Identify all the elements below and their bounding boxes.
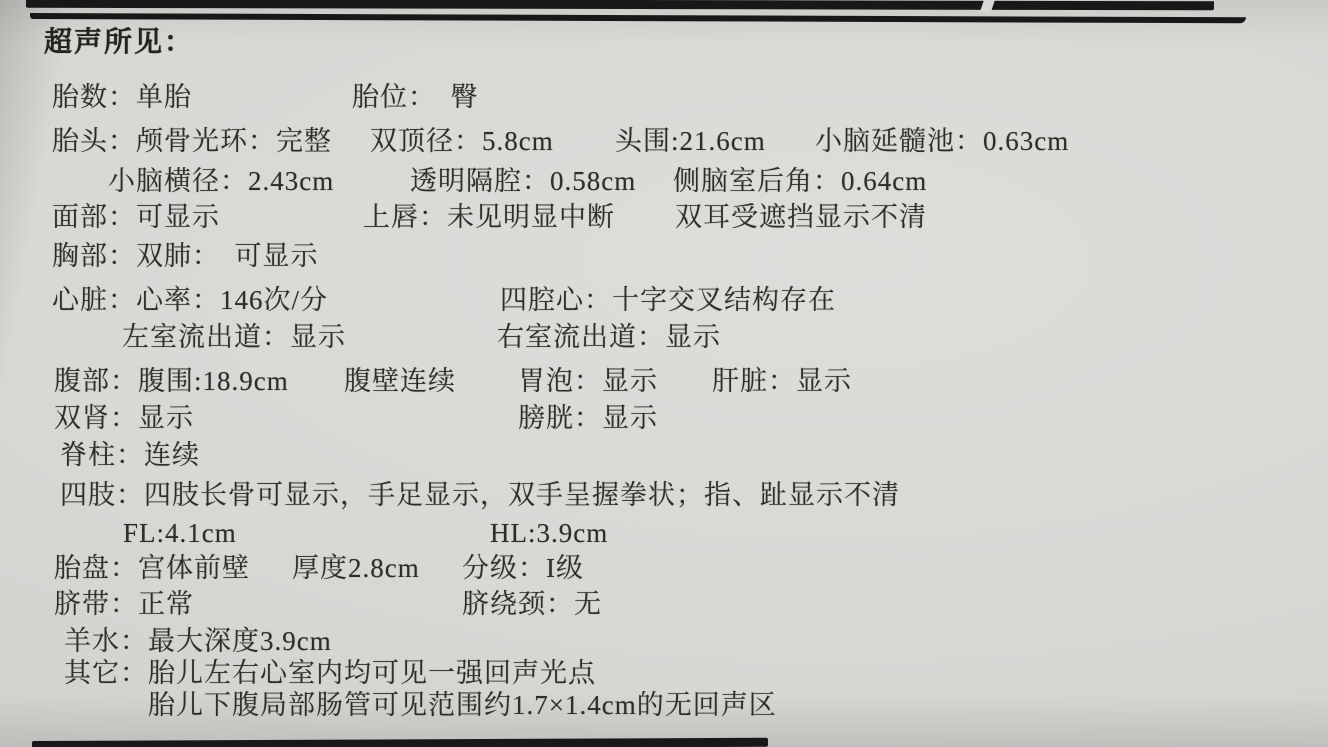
field-cavum-septi-pellucidi: 透明隔腔：0.58cm — [410, 166, 636, 196]
field-limbs: 四肢：四肢长骨可显示，手足显示，双手呈握拳状；指、趾显示不清 — [60, 480, 900, 510]
field-umbilical-cord: 脐带：正常 — [54, 589, 194, 619]
field-bpd: 双顶径：5.8cm — [370, 126, 554, 156]
field-fetal-head-skull-halo: 胎头：颅骨光环：完整 — [52, 126, 332, 156]
field-humerus-length: HL:3.9cm — [490, 518, 608, 548]
field-bladder: 膀胱：显示 — [518, 403, 658, 433]
ultrasound-report-photo: 超声所见： 胎数：单胎 胎位： 臀 胎头：颅骨光环：完整 双顶径：5.8cm 头… — [0, 0, 1328, 747]
field-placenta-grade: 分级：I级 — [462, 553, 584, 583]
field-fetal-position: 胎位： 臀 — [352, 82, 479, 112]
field-other-findings-2: 胎儿下腹局部肠管可见范围约1.7×1.4cm的无回声区 — [148, 690, 777, 720]
field-left-ventricular-outflow: 左室流出道：显示 — [122, 322, 346, 352]
field-right-ventricular-outflow: 右室流出道：显示 — [497, 322, 721, 352]
field-spine: 脊柱：连续 — [60, 440, 200, 470]
field-chest-lungs: 胸部：双肺： 可显示 — [52, 241, 319, 271]
field-upper-lip: 上唇：未见明显中断 — [363, 202, 615, 232]
table-border-bottom — [32, 738, 768, 747]
field-abdominal-wall: 腹壁连续 — [344, 366, 456, 396]
field-cerebellum-transverse-diameter: 小脑横径：2.43cm — [108, 166, 334, 196]
field-lateral-ventricle-posterior-horn: 侧脑室后角：0.64cm — [673, 166, 927, 196]
field-placenta-thickness: 厚度2.8cm — [292, 553, 420, 583]
field-nuchal-cord: 脐绕颈：无 — [462, 589, 602, 619]
field-other-findings-1: 其它：胎儿左右心室内均可见一强回声光点 — [64, 658, 596, 688]
field-four-chamber-view: 四腔心：十字交叉结构存在 — [500, 285, 836, 315]
field-femur-length: FL:4.1cm — [123, 518, 237, 548]
field-heart-rate: 心脏：心率：146次/分 — [52, 285, 328, 315]
field-head-circumference: 头围:21.6cm — [615, 126, 766, 156]
field-placenta-location: 胎盘：宫体前壁 — [54, 553, 250, 583]
field-fetus-number: 胎数：单胎 — [52, 82, 192, 112]
field-face: 面部：可显示 — [52, 202, 220, 232]
field-abdomen-circumference: 腹部：腹围:18.9cm — [54, 366, 289, 396]
field-amniotic-fluid: 羊水：最大深度3.9cm — [64, 626, 332, 656]
table-border-gap — [980, 0, 995, 12]
field-kidneys: 双肾：显示 — [54, 403, 194, 433]
table-border-top-thick — [26, 0, 1214, 10]
table-border-top-thin — [30, 13, 1246, 23]
field-ears: 双耳受遮挡显示不清 — [675, 202, 927, 232]
field-cisterna-magna: 小脑延髓池：0.63cm — [815, 126, 1069, 156]
field-liver: 肝脏：显示 — [712, 366, 852, 396]
section-title: 超声所见： — [44, 20, 194, 60]
field-stomach-bubble: 胃泡：显示 — [518, 366, 658, 396]
